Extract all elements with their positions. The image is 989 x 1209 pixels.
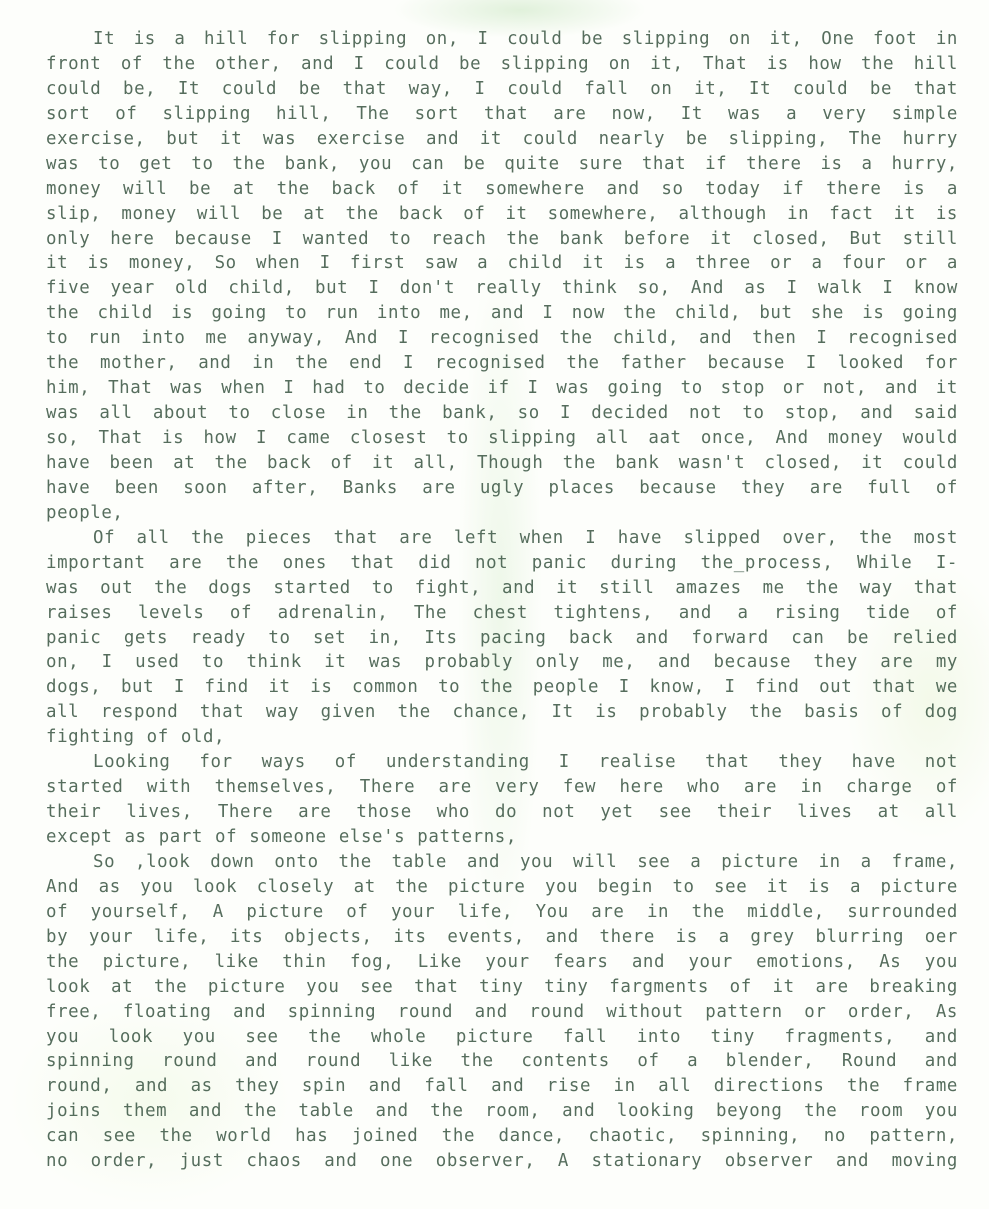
text-line: look at the picture you see that tiny ti… — [46, 975, 958, 1000]
text-line: the child is going to run into me, and I… — [46, 301, 958, 326]
text-line: slip, money will be at the back of it so… — [46, 202, 958, 227]
text-line: the picture, like thin fog, Like your fe… — [46, 950, 958, 975]
text-line: joins them and the table and the room, a… — [46, 1099, 958, 1124]
text-line: front of the other, and I could be slipp… — [46, 52, 958, 77]
text-line: to run into me anyway, And I recognised … — [46, 326, 958, 351]
text-line: Of all the pieces that are left when I h… — [46, 526, 958, 551]
text-line: of yourself, A picture of your life, You… — [46, 900, 958, 925]
text-line: people, — [46, 501, 958, 526]
paragraph: Of all the pieces that are left when I h… — [46, 526, 958, 750]
text-line: was out the dogs started to fight, and i… — [46, 576, 958, 601]
text-line: can see the world has joined the dance, … — [46, 1124, 958, 1149]
text-line: money will be at the back of it somewher… — [46, 177, 958, 202]
text-line: Looking for ways of understanding I real… — [46, 750, 958, 775]
text-line: So ,look down onto the table and you wil… — [46, 850, 958, 875]
text-line: on, I used to think it was probably only… — [46, 650, 958, 675]
text-line: it is money, So when I first saw a child… — [46, 251, 958, 276]
text-line: except as part of someone else's pattern… — [46, 825, 958, 850]
text-line: started with themselves, There are very … — [46, 775, 958, 800]
paragraph: So ,look down onto the table and you wil… — [46, 850, 958, 1174]
text-line: free, floating and spinning round and ro… — [46, 1000, 958, 1025]
text-line: so, That is how I came closest to slippi… — [46, 426, 958, 451]
text-line: have been at the back of it all, Though … — [46, 451, 958, 476]
text-line: fighting of old, — [46, 725, 958, 750]
text-line: It is a hill for slipping on, I could be… — [46, 27, 958, 52]
text-line: have been soon after, Banks are ugly pla… — [46, 476, 958, 501]
paragraph: Looking for ways of understanding I real… — [46, 750, 958, 850]
document-body: It is a hill for slipping on, I could be… — [46, 27, 958, 1174]
text-line: And as you look closely at the picture y… — [46, 875, 958, 900]
text-line: was all about to close in the bank, so I… — [46, 401, 958, 426]
text-line: important are the ones that did not pani… — [46, 551, 958, 576]
paragraph: It is a hill for slipping on, I could be… — [46, 27, 958, 526]
text-line: their lives, There are those who do not … — [46, 800, 958, 825]
text-line: by your life, its objects, its events, a… — [46, 925, 958, 950]
text-line: five year old child, but I don't really … — [46, 276, 958, 301]
text-line: all respond that way given the chance, I… — [46, 700, 958, 725]
text-line: dogs, but I find it is common to the peo… — [46, 675, 958, 700]
text-line: round, and as they spin and fall and ris… — [46, 1074, 958, 1099]
text-line: panic gets ready to set in, Its pacing b… — [46, 626, 958, 651]
text-line: was to get to the bank, you can be quite… — [46, 152, 958, 177]
text-line: the mother, and in the end I recognised … — [46, 351, 958, 376]
text-line: no order, just chaos and one observer, A… — [46, 1149, 958, 1174]
text-line: him, That was when I had to decide if I … — [46, 376, 958, 401]
text-line: raises levels of adrenalin, The chest ti… — [46, 601, 958, 626]
text-line: could be, It could be that way, I could … — [46, 77, 958, 102]
text-line: only here because I wanted to reach the … — [46, 227, 958, 252]
scanned-page: It is a hill for slipping on, I could be… — [0, 0, 989, 1209]
text-line: exercise, but it was exercise and it cou… — [46, 127, 958, 152]
text-line: sort of slipping hill, The sort that are… — [46, 102, 958, 127]
text-line: you look you see the whole picture fall … — [46, 1025, 958, 1050]
text-line: spinning round and round like the conten… — [46, 1049, 958, 1074]
